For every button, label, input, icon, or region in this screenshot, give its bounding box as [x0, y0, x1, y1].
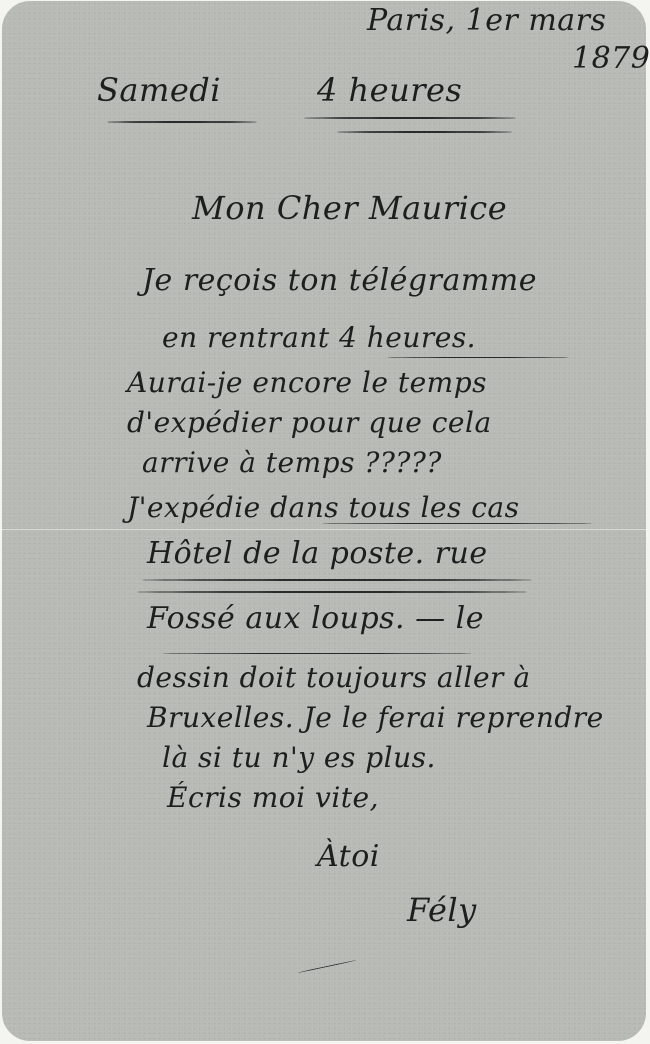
signature-flourish	[298, 960, 357, 973]
body-line: Je reçois ton télégramme	[142, 263, 537, 298]
body-line: en rentrant 4 heures.	[162, 321, 476, 354]
underline	[162, 653, 472, 654]
body-line: arrive à temps ?????	[142, 446, 442, 479]
day-underline	[107, 121, 257, 123]
underline	[387, 357, 569, 358]
underline	[137, 591, 527, 593]
underline	[142, 579, 532, 581]
day: Samedi	[97, 71, 221, 109]
closing: Àtoi	[317, 839, 380, 874]
place-date: Paris, 1er mars	[367, 3, 606, 38]
body-line: J'expédie dans tous les cas	[127, 491, 520, 524]
time: 4 heures	[317, 71, 462, 109]
salutation: Mon Cher Maurice	[192, 189, 507, 227]
year: 1879	[572, 41, 650, 76]
time-underline-1	[304, 117, 516, 119]
body-line: dessin doit toujours aller à	[137, 661, 531, 694]
body-line: Fossé aux loups. — le	[147, 601, 484, 636]
body-line: là si tu n'y es plus.	[162, 741, 436, 774]
fold-crease	[2, 529, 646, 530]
body-line: d'expédier pour que cela	[127, 406, 492, 439]
letter-paper: Paris, 1er mars 1879 Samedi 4 heures Mon…	[2, 1, 646, 1041]
body-line: Hôtel de la poste. rue	[147, 536, 488, 571]
body-line: Bruxelles. Je le ferai reprendre	[147, 701, 604, 734]
time-underline-2	[337, 131, 512, 133]
body-line: Écris moi vite,	[167, 781, 379, 814]
underline	[322, 523, 592, 524]
body-line: Aurai-je encore le temps	[127, 366, 487, 399]
signature: Fély	[407, 891, 477, 929]
